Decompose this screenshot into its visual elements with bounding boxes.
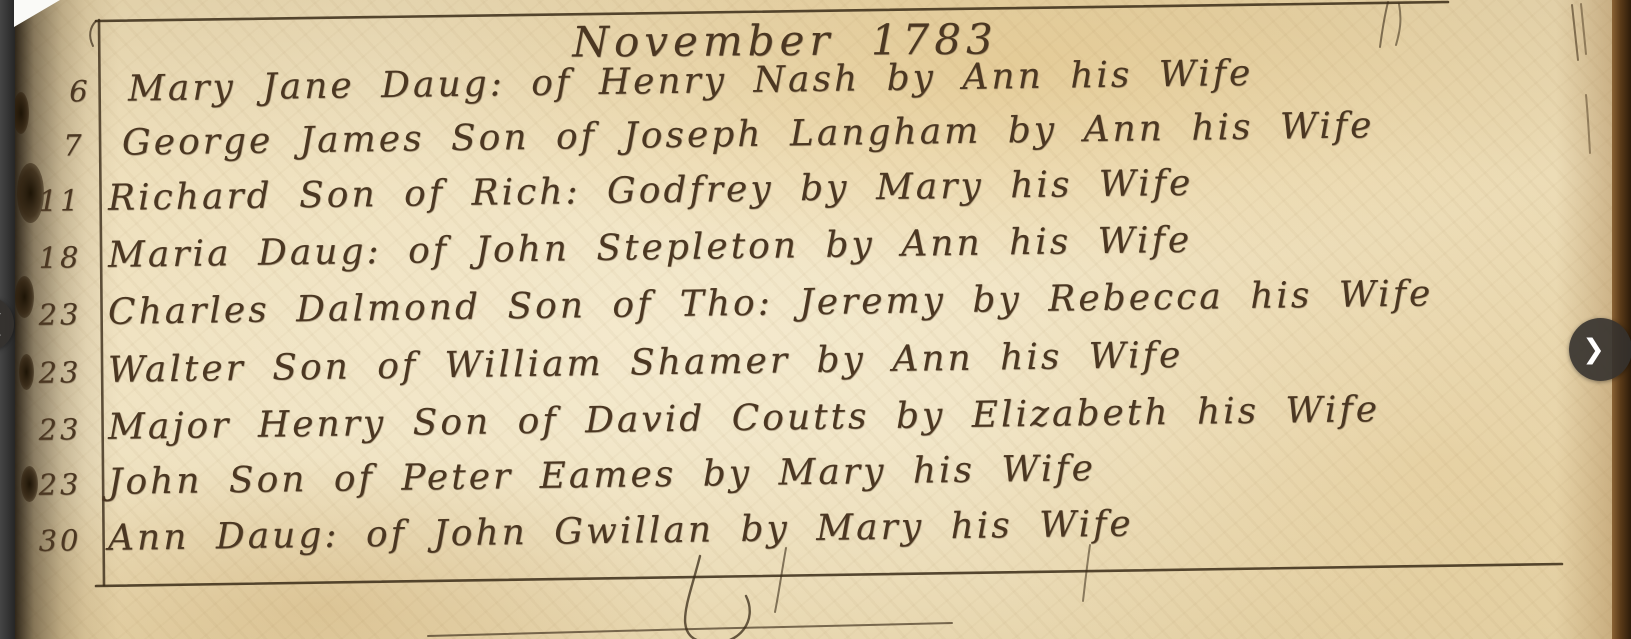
flourish-loop: [685, 556, 750, 639]
entry-day: 6: [28, 74, 112, 109]
chevron-right-icon: ❯: [1582, 336, 1605, 363]
descender-stroke: [1083, 545, 1090, 601]
entry-day: 23: [28, 297, 92, 332]
chevron-left-icon: ❮: [0, 313, 4, 335]
bottom-rule: [96, 564, 1562, 586]
entry-day: 23: [28, 467, 92, 502]
image-viewer-stage: November 1783 6Mary Jane Daug: of Henry …: [0, 0, 1631, 639]
entry-day: 23: [28, 412, 92, 447]
entry-day: 7: [28, 128, 106, 163]
descender-stroke: [775, 548, 786, 612]
book-edge: [1612, 0, 1631, 639]
entry-day: 30: [28, 523, 92, 558]
entry-day: 23: [28, 355, 92, 390]
entry-day: 11: [28, 183, 92, 218]
next-image-button[interactable]: ❯: [1569, 318, 1631, 381]
entry-day: 18: [28, 240, 92, 275]
